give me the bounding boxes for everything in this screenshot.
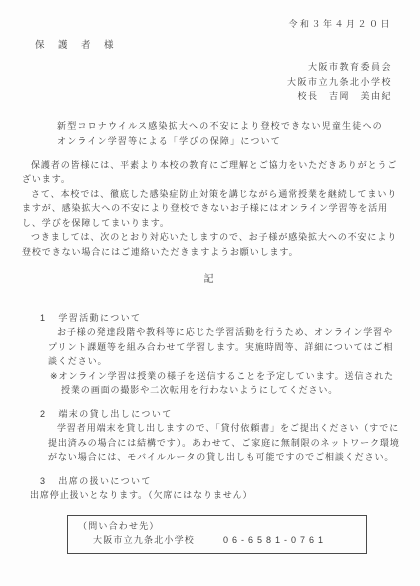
paragraph-request: つきましては、次のとおり対応いたしますので、お子様が感染拡大への不安により登校で… <box>22 230 400 259</box>
paragraph-policy: さて、本校では、徹底した感染症防止対策を講じながら通常授業を継続してまいりますが… <box>22 187 400 231</box>
section-number: 2 <box>40 409 46 419</box>
section-number: 3 <box>40 476 46 486</box>
sender-block: 大阪市教育委員会 大阪市立九条北小学校 校長 吉岡 美由紀 <box>0 60 392 104</box>
section-heading: 端末の貸し出しについて <box>58 409 172 419</box>
section-heading-row: 1学習活動について <box>40 311 420 326</box>
sender-school: 大阪市立九条北小学校 <box>0 75 392 90</box>
section-heading-row: 2端末の貸し出しについて <box>40 407 420 422</box>
contact-line: 大阪市立九条北小学校06-6581-0761 <box>93 533 356 548</box>
contact-school: 大阪市立九条北小学校 <box>93 535 195 545</box>
section-body: 学習者用端末を貸し出しますので、「貸付依頼書」をご提出ください（すでに提出済みの… <box>48 421 400 465</box>
section-attendance: 3出席の扱いについて 出席停止扱いとなります。（欠席にはなりません） <box>0 474 420 503</box>
contact-phone: 06-6581-0761 <box>223 535 327 545</box>
sender-principal: 校長 吉岡 美由紀 <box>0 89 392 104</box>
document-page: 令和３年４月２０日 保 護 者 様 大阪市教育委員会 大阪市立九条北小学校 校長… <box>0 0 420 586</box>
section-body: お子様の発達段階や教科等に応じた学習活動を行うため、オンライン学習やプリント課題… <box>48 325 400 369</box>
document-title: 新型コロナウイルス感染拡大への不安により登校できない児童生徒への オンライン学習… <box>57 119 400 149</box>
contact-label: （問い合わせ先） <box>78 520 356 533</box>
section-number: 1 <box>40 313 46 323</box>
title-line-1: 新型コロナウイルス感染拡大への不安により登校できない児童生徒への <box>57 119 400 134</box>
letter-body: 保護者の皆様には、平素より本校の教育にご理解とご協力をいただきありがとうございま… <box>22 158 400 260</box>
section-heading: 出席の扱いについて <box>58 476 151 486</box>
title-line-2: オンライン学習等による「学びの保障」について <box>57 134 400 149</box>
section-heading-row: 3出席の扱いについて <box>40 474 420 489</box>
section-heading: 学習活動について <box>58 313 141 323</box>
record-marker: 記 <box>0 273 420 288</box>
contact-box: （問い合わせ先） 大阪市立九条北小学校06-6581-0761 <box>67 515 367 554</box>
document-date: 令和３年４月２０日 <box>0 18 420 31</box>
sender-organization: 大阪市教育委員会 <box>0 60 392 75</box>
sections: 1学習活動について お子様の発達段階や教科等に応じた学習活動を行うため、オンライ… <box>0 311 420 503</box>
section-device-lending: 2端末の貸し出しについて 学習者用端末を貸し出しますので、「貸付依頼書」をご提出… <box>0 407 420 465</box>
section-note: ※オンライン学習は授業の様子を送信することを予定しています。送信された授業の画面… <box>50 369 400 398</box>
section-learning-activities: 1学習活動について お子様の発達段階や教科等に応じた学習活動を行うため、オンライ… <box>0 311 420 398</box>
addressee: 保 護 者 様 <box>35 39 420 52</box>
section-body: 出席停止扱いとなります。（欠席にはなりません） <box>30 488 400 503</box>
paragraph-greeting: 保護者の皆様には、平素より本校の教育にご理解とご協力をいただきありがとうございま… <box>22 158 400 187</box>
